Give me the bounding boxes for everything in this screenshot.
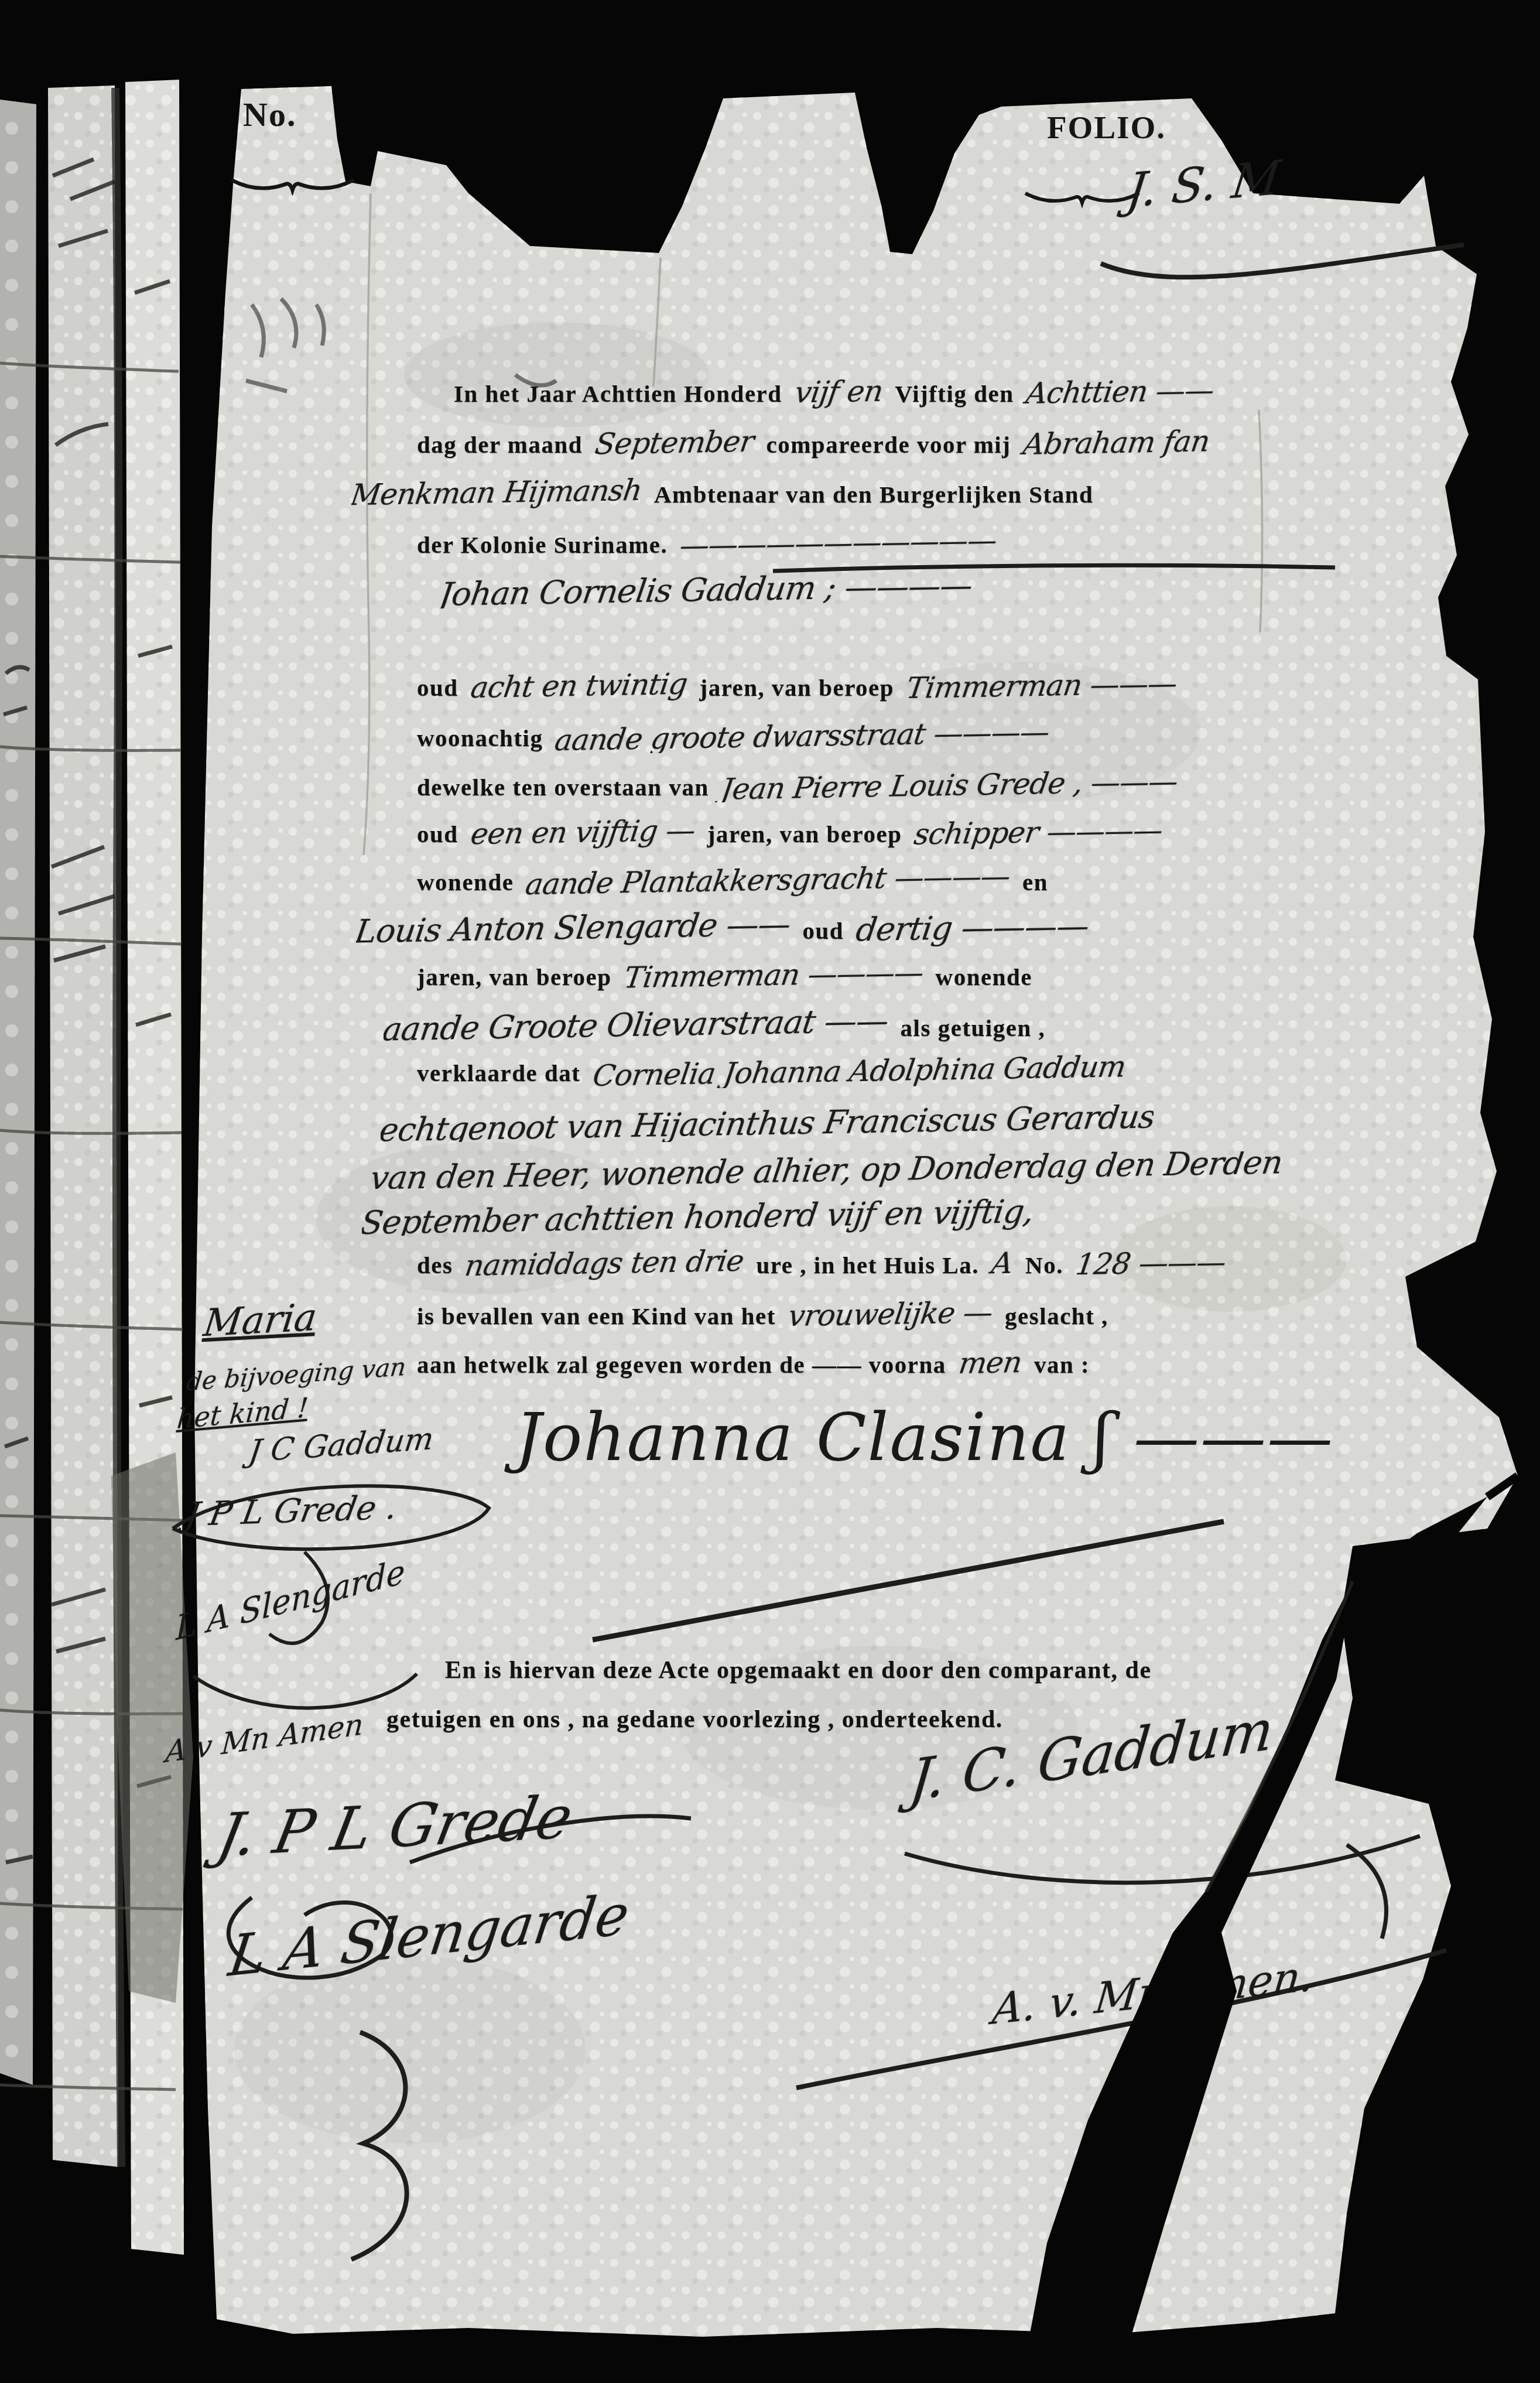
printed-text: van : [1034, 1351, 1090, 1379]
margin-signature-slengarde: L A Slengarde [176, 1552, 405, 1649]
acte-line-13: aande Groote Olievarstraat ——als getuige… [384, 1006, 1045, 1044]
printed-text: wonende [417, 868, 514, 896]
printed-text: en [1022, 868, 1048, 896]
acte-line-16: van den Heer, wonende alhier, op Donderd… [372, 1151, 1281, 1189]
handwritten-text: September achttien honderd vijf en vijft… [362, 1198, 1032, 1236]
handwritten-text: vijf en [792, 375, 884, 409]
acte-line-14: verklaarde datCornelia Johanna Adolphina… [417, 1054, 1124, 1088]
handwritten-text: Johan Cornelis Gaddum ; ———— [440, 571, 971, 608]
acte-line-10: wonendeaande Plantakkersgracht ————en [417, 863, 1048, 897]
printed-text: compareerde voor mij [766, 430, 1011, 459]
handwritten-text: Achttien —— [1024, 375, 1214, 409]
acte-line-12: jaren, van beroepTimmerman ————wonende [417, 958, 1032, 992]
printed-text: Vijftig den [895, 379, 1014, 408]
printed-text: des [417, 1251, 453, 1279]
printed-text: Ambtenaar van den Burgerlijken Stand [654, 480, 1093, 508]
paper-background [0, 0, 1540, 2383]
handwritten-text: aande groote dwarsstraat ———— [553, 719, 1049, 753]
left-page-sliver-1 [0, 100, 36, 2085]
printed-text: dewelke ten overstaan van [417, 773, 709, 801]
acte-line-11: Louis Anton Slengarde ——ouddertig ———— [356, 909, 1088, 946]
handwritten-text: Jean Pierre Louis Grede , ——— [719, 768, 1177, 802]
paper-creases [364, 193, 1262, 855]
scanned-birth-record: No. FOLIO. J. S. M In het Jaar Achttien … [0, 0, 1540, 2383]
handwritten-text: ——————————— [677, 526, 996, 560]
left-page-sliver-3 [125, 80, 184, 2255]
acte-line-9: oudeen en vijftig —jaren, van beroepschi… [417, 815, 1162, 849]
acte-line-1: In het Jaar Achttien Honderdvijf enVijft… [454, 375, 1214, 409]
signature-grede: J. P L Grede [212, 1782, 578, 1870]
handwritten-text: acht en twintig [468, 669, 689, 703]
margin-signature-grede: J P L Grede . [183, 1488, 400, 1534]
handwritten-text: 128 ——— [1074, 1246, 1226, 1280]
printed-text: ure , in het Huis La. [757, 1251, 979, 1279]
handwritten-text: Abraham fan [1021, 426, 1209, 460]
printed-text: jaren, van beroep [699, 673, 894, 702]
acte-line-19: is bevallen van een Kind van hetvrouweli… [417, 1297, 1108, 1331]
printed-text: oud [417, 820, 458, 848]
margin-signature-gaddum: J C Gaddum [247, 1421, 436, 1470]
margin-note-line-1: de bijvoeging van [185, 1352, 408, 1397]
printed-text: jaren, van beroep [417, 963, 612, 991]
margin-note-line-2: het kind ! [176, 1391, 310, 1435]
folio-label: FOLIO. [1047, 109, 1166, 146]
signature-slengarde: L A Slengarde [225, 1882, 633, 1989]
printed-text: aan hetwelk zal gegeven worden de —— voo… [417, 1351, 946, 1379]
left-strip-writing-fragments [4, 159, 172, 1862]
left-page-sliver-2 [48, 86, 118, 2167]
handwritten-text: vrouwelijke — [786, 1297, 994, 1331]
left-strip-ruled-lines [0, 363, 183, 2090]
folio-brace-icon [1024, 189, 1141, 211]
acte-line-6: oudacht en twintigjaren, van beroepTimme… [417, 669, 1176, 703]
acte-line-3: Menkman HijmanshAmbtenaar van den Burger… [351, 476, 1093, 510]
handwritten-text: Timmerman ——— [904, 669, 1176, 703]
no-brace-icon [230, 176, 355, 199]
closing-line-2: getuigen en ons , na gedane voorlezing ,… [386, 1705, 1003, 1734]
printed-text: wonende [936, 963, 1032, 991]
printed-text: dag der maand [417, 430, 583, 459]
printed-text: verklaarde dat [417, 1059, 581, 1087]
printed-text: In het Jaar Achttien Honderd [454, 379, 782, 408]
printed-text: is bevallen van een Kind van het [417, 1302, 776, 1330]
printed-text: No. [1025, 1251, 1063, 1279]
printed-text: jaren, van beroep [707, 820, 902, 848]
printed-text: als getuigen , [901, 1014, 1046, 1042]
paper-tear [0, 0, 1540, 2383]
acte-line-5: Johan Cornelis Gaddum ; ———— [440, 571, 971, 608]
handwritten-text: September [593, 426, 756, 460]
handwritten-text: aande Plantakkersgracht ———— [523, 863, 1012, 897]
printed-text: oud [802, 917, 844, 945]
acte-line-18: desnamiddags ten drieure , in het Huis L… [417, 1246, 1225, 1280]
handwritten-text: een en vijftig — [468, 815, 697, 849]
printed-text: geslacht , [1005, 1302, 1108, 1330]
printed-text: woonachtig [417, 724, 543, 752]
acte-line-4: der Kolonie Suriname.——————————— [417, 526, 996, 560]
acte-line-8: dewelke ten overstaan vanJean Pierre Lou… [417, 768, 1177, 802]
handwritten-text: dertig ———— [854, 909, 1088, 946]
handwritten-text: van den Heer, wonende alhier, op Donderd… [372, 1151, 1281, 1189]
handwritten-text: echtgenoot van Hijacinthus Franciscus Ge… [381, 1105, 1154, 1142]
acte-line-17: September achttien honderd vijf en vijft… [362, 1198, 1032, 1236]
handwritten-text: schipper ———— [912, 815, 1162, 849]
handwritten-text: Cornelia Johanna Adolphina Gaddum [590, 1054, 1124, 1088]
acte-line-7: woonachtigaande groote dwarsstraat ———— [417, 719, 1049, 753]
printed-text: oud [417, 673, 458, 702]
handwritten-text: Menkman Hijmansh [351, 476, 644, 510]
handwritten-text: namiddags ten drie [463, 1246, 746, 1280]
closing-line-1: En is hiervan deze Acte opgemaakt en doo… [445, 1656, 1152, 1684]
signature-menkman: A. v. Mn Amen. [990, 1950, 1316, 2034]
acte-line-15: echtgenoot van Hijacinthus Franciscus Ge… [381, 1105, 1154, 1142]
handwritten-text: Timmerman ———— [622, 958, 925, 992]
margin-signature-menkman: A v Mn Amen [165, 1707, 365, 1770]
child-name: Johanna Clasina ʃ ——— [515, 1400, 1334, 1476]
margin-name: Maria [201, 1296, 320, 1346]
folio-annotation-script: J. S. M [1124, 150, 1284, 218]
handwritten-text: aande Groote Olievarstraat —— [384, 1006, 891, 1044]
handwritten-text: A [990, 1246, 1015, 1280]
handwritten-text: Louis Anton Slengarde —— [356, 909, 793, 946]
printed-text: der Kolonie Suriname. [417, 531, 668, 559]
handwritten-text: men [957, 1346, 1024, 1380]
acte-line-2: dag der maandSeptembercompareerde voor m… [417, 426, 1209, 460]
no-label: No. [243, 95, 296, 134]
acte-line-20: aan hetwelk zal gegeven worden de —— voo… [417, 1346, 1090, 1380]
